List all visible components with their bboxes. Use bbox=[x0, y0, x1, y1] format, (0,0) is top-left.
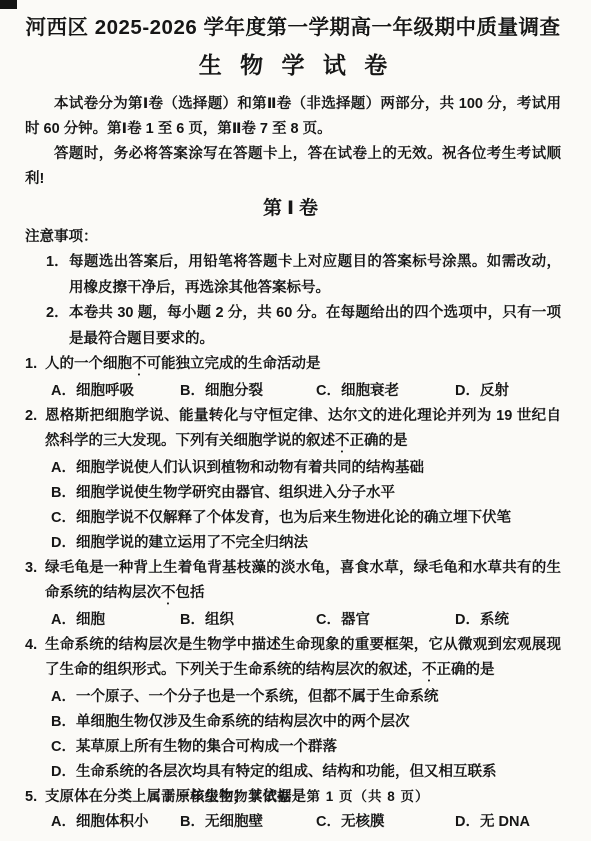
question-2-number: 2. bbox=[25, 404, 37, 429]
question-4-stem-post: 正确的是 bbox=[437, 662, 495, 678]
question-4-number: 4. bbox=[25, 633, 37, 658]
question-2-stem-emphasis: 不 bbox=[335, 433, 350, 449]
page-footer: 高一年级生物学试卷 第 1 页（共 8 页） bbox=[0, 785, 591, 805]
question-2: 2. 恩格斯把细胞学说、能量转化与守恒定律、达尔文的进化理论并列为 19 世纪自… bbox=[25, 404, 561, 556]
question-5-option-a: A．细胞体积小 bbox=[51, 810, 180, 835]
question-5-option-b: B．无细胞壁 bbox=[180, 810, 316, 835]
intro-paragraph-1: 本试卷分为第Ⅰ卷（选择题）和第Ⅱ卷（非选择题）两部分，共 100 分，考试用时 … bbox=[25, 92, 561, 142]
question-2-option-d: D．细胞学说的建立运用了不完全归纳法 bbox=[45, 531, 561, 556]
page-title: 河西区 2025-2026 学年度第一学期高一年级期中质量调查 bbox=[25, 14, 561, 42]
question-2-stem: 恩格斯把细胞学说、能量转化与守恒定律、达尔文的进化理论并列为 19 世纪自然科学… bbox=[45, 404, 561, 456]
question-3-option-c: C．器官 bbox=[316, 608, 455, 633]
question-4-option-c: C．某草原上所有生物的集合可构成一个群落 bbox=[45, 735, 561, 760]
question-4-option-b: B．单细胞生物仅涉及生命系统的结构层次中的两个层次 bbox=[45, 710, 561, 735]
question-1-option-d: D．反射 bbox=[455, 379, 561, 404]
question-1-stem-pre: 人的一个细胞 bbox=[45, 356, 132, 372]
exam-paper-page: 河西区 2025-2026 学年度第一学期高一年级期中质量调查 生物学试卷 本试… bbox=[0, 0, 591, 841]
question-4-option-a: A．一个原子、一个分子也是一个系统，但都不属于生命系统 bbox=[45, 685, 561, 710]
question-1-option-c: C．细胞衰老 bbox=[316, 379, 455, 404]
question-4-option-d: D．生命系统的各层次均具有特定的组成、结构和功能，但又相互联系 bbox=[45, 760, 561, 785]
question-3-option-a: A．细胞 bbox=[51, 608, 180, 633]
notice-item-1-text: 每题选出答案后，用铅笔将答题卡上对应题目的答案标号涂黑。如需改动，用橡皮擦干净后… bbox=[69, 254, 561, 296]
question-5-options-row: A．细胞体积小 B．无细胞壁 C．无核膜 D．无 DNA bbox=[45, 810, 561, 835]
question-1-option-b: B．细胞分裂 bbox=[180, 379, 316, 404]
question-4-stem-emphasis: 不 bbox=[422, 662, 437, 678]
notice-item-1: 1． 每题选出答案后，用铅笔将答题卡上对应题目的答案标号涂黑。如需改动，用橡皮擦… bbox=[25, 250, 561, 301]
notice-item-2-text: 本卷共 30 题，每小题 2 分，共 60 分。在每题给出的四个选项中，只有一项… bbox=[69, 305, 561, 347]
question-1: 1. 人的一个细胞不可能独立完成的生命活动是 A．细胞呼吸 B．细胞分裂 C．细… bbox=[25, 352, 561, 404]
section-1-heading: 第Ⅰ卷 bbox=[25, 195, 561, 222]
notice-item-2: 2． 本卷共 30 题，每小题 2 分，共 60 分。在每题给出的四个选项中，只… bbox=[25, 301, 561, 352]
question-2-stem-pre: 恩格斯把细胞学说、能量转化与守恒定律、达尔文的进化理论并列为 19 世纪自然科学… bbox=[45, 408, 561, 449]
question-3-options-row: A．细胞 B．组织 C．器官 D．系统 bbox=[45, 608, 561, 633]
question-1-number: 1. bbox=[25, 352, 37, 377]
notice-label: 注意事项： bbox=[25, 225, 561, 250]
question-2-option-a: A．细胞学说使人们认识到植物和动物有着共同的结构基础 bbox=[45, 456, 561, 481]
question-5-option-d: D．无 DNA bbox=[455, 810, 561, 835]
question-3-stem-emphasis: 不 bbox=[161, 585, 176, 601]
question-3-stem-post: 包括 bbox=[176, 585, 205, 601]
question-4: 4. 生命系统的结构层次是生物学中描述生命现象的重要框架，它从微观到宏观展现了生… bbox=[25, 633, 561, 785]
question-3: 3. 绿毛龟是一种背上生着龟背基枝藻的淡水龟，喜食水草，绿毛龟和水草共有的生命系… bbox=[25, 556, 561, 633]
notice-item-1-number: 1． bbox=[46, 250, 69, 276]
question-3-stem-pre: 绿毛龟是一种背上生着龟背基枝藻的淡水龟，喜食水草，绿毛龟和水草共有的生命系统的结… bbox=[45, 560, 561, 601]
question-3-option-b: B．组织 bbox=[180, 608, 316, 633]
question-5-option-c: C．无核膜 bbox=[316, 810, 455, 835]
question-1-option-a: A．细胞呼吸 bbox=[51, 379, 180, 404]
scan-corner-artifact bbox=[0, 0, 17, 9]
question-1-options-row: A．细胞呼吸 B．细胞分裂 C．细胞衰老 D．反射 bbox=[45, 379, 561, 404]
question-2-stem-post: 正确的是 bbox=[350, 433, 408, 449]
question-1-stem-post: 可能独立完成的生命活动是 bbox=[147, 356, 321, 372]
question-3-stem: 绿毛龟是一种背上生着龟背基枝藻的淡水龟，喜食水草，绿毛龟和水草共有的生命系统的结… bbox=[45, 556, 561, 608]
question-1-stem: 人的一个细胞不可能独立完成的生命活动是 bbox=[45, 352, 561, 379]
question-2-option-c: C．细胞学说不仅解释了个体发育，也为后来生物进化论的确立埋下伏笔 bbox=[45, 506, 561, 531]
question-3-number: 3. bbox=[25, 556, 37, 581]
intro-paragraph-2: 答题时，务必将答案涂写在答题卡上，答在试卷上的无效。祝各位考生考试顺利! bbox=[25, 142, 561, 192]
question-1-stem-emphasis: 不 bbox=[132, 356, 147, 372]
subject-title: 生物学试卷 bbox=[25, 50, 561, 80]
question-4-stem: 生命系统的结构层次是生物学中描述生命现象的重要框架，它从微观到宏观展现了生命的组… bbox=[45, 633, 561, 685]
question-2-option-b: B．细胞学说使生物学研究由器官、组织进入分子水平 bbox=[45, 481, 561, 506]
notice-item-2-number: 2． bbox=[46, 301, 69, 327]
question-3-option-d: D．系统 bbox=[455, 608, 561, 633]
